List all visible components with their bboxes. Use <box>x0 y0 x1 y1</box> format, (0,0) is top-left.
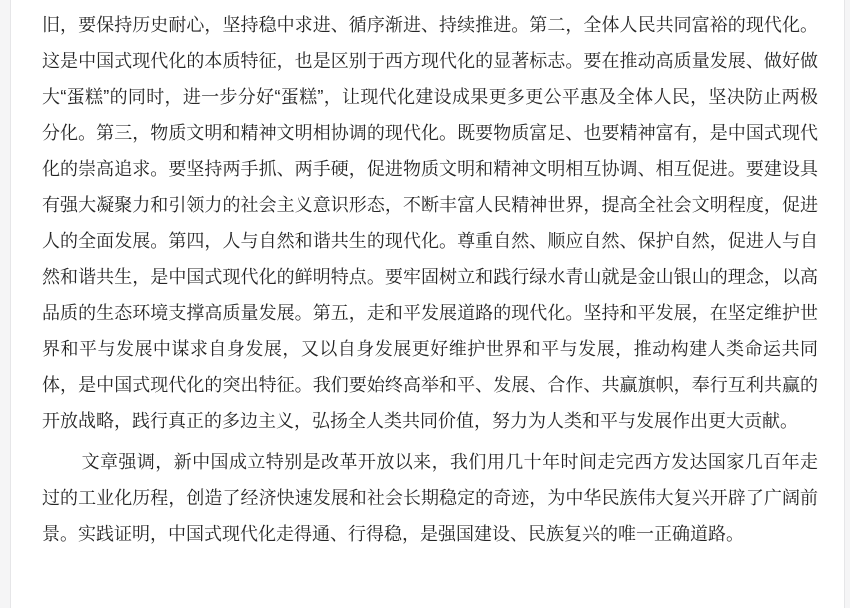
document-body: 旧，要保持历史耐心，坚持稳中求进、循序渐进、持续推进。第二，全体人民共同富裕的现… <box>11 0 844 608</box>
paragraph-conclusion: 文章强调，新中国成立特别是改革开放以来，我们用几十年时间走完西方发达国家几百年走… <box>42 444 818 552</box>
document-page: 旧，要保持历史耐心，坚持稳中求进、循序渐进、持续推进。第二，全体人民共同富裕的现… <box>10 0 845 608</box>
paragraph-continuation: 旧，要保持历史耐心，坚持稳中求进、循序渐进、持续推进。第二，全体人民共同富裕的现… <box>42 7 818 439</box>
